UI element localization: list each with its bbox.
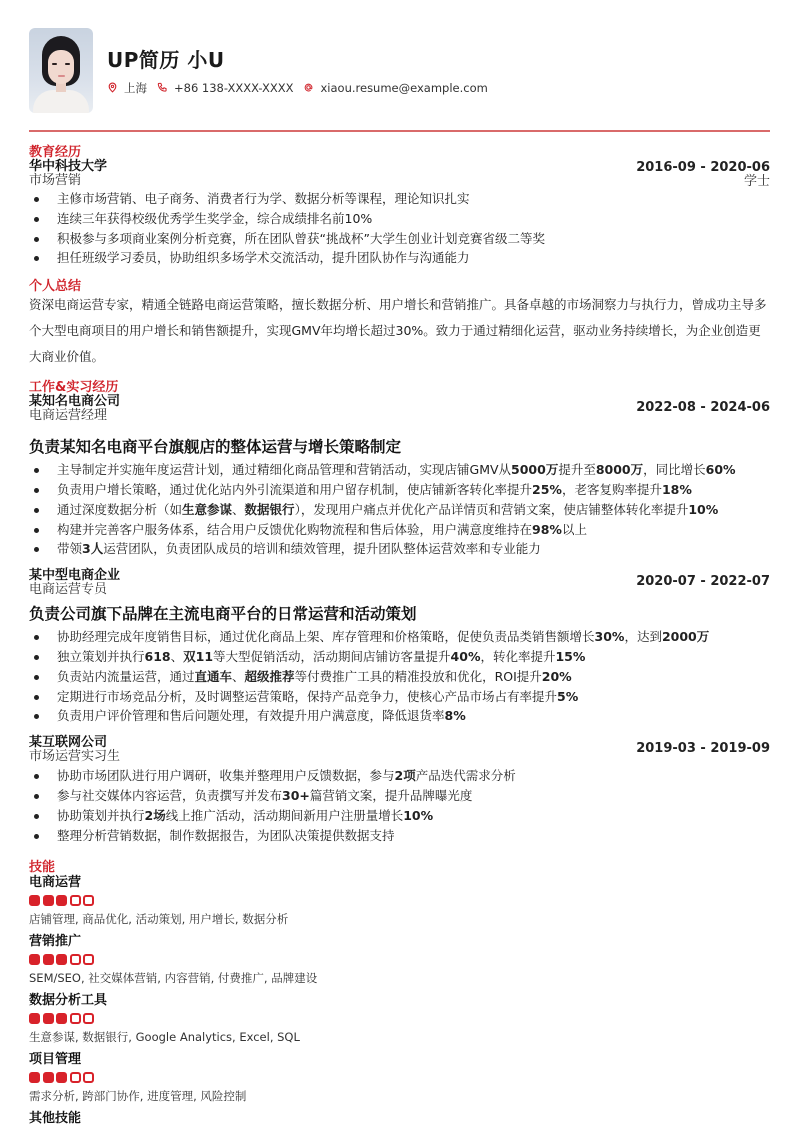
filled-dot-icon: [56, 895, 67, 906]
candidate-name: UP简历 小U: [107, 46, 498, 74]
contact-email[interactable]: xiaou.resume@example.com: [303, 81, 487, 95]
job-role: 电商运营经理: [29, 409, 120, 422]
list-item: 协助市场团队进行用户调研，收集并整理用户反馈数据，参与2项产品迭代需求分析: [29, 766, 770, 786]
list-item: 通过深度数据分析（如生意参谋、数据银行），发现用户痛点并优化产品详情页和营销文案…: [29, 500, 770, 520]
list-item: 定期进行市场竞品分析，及时调整运营策略，保持产品竞争力，使核心产品市场占有率提升…: [29, 687, 770, 707]
section-title-skills: 技能: [29, 861, 770, 875]
list-item: 独立策划并执行618、双11等大型促销活动，活动期间店铺访客量提升40%，转化率…: [29, 647, 770, 667]
filled-dot-icon: [43, 895, 54, 906]
skill-item: 电商运营店铺管理, 商品优化, 活动策划, 用户增长, 数据分析: [29, 875, 770, 926]
header-divider: [29, 130, 770, 132]
filled-dot-icon: [29, 1072, 40, 1083]
empty-dot-icon: [70, 895, 81, 906]
school-name: 华中科技大学: [29, 160, 107, 174]
education-bullets: 主修市场营销、电子商务、消费者行为学、数据分析等课程，理论知识扎实 连续三年获得…: [29, 189, 770, 268]
project-title: 负责某知名电商平台旗舰店的整体运营与增长策略制定: [29, 437, 770, 457]
filled-dot-icon: [56, 954, 67, 965]
list-item: 协助策划并执行2场线上推广活动，活动期间新用户注册量增长10%: [29, 806, 770, 826]
job-dates: 2019-03 - 2019-09: [636, 742, 770, 756]
summary-section: 个人总结 资深电商运营专家，精通全链路电商运营策略，擅长数据分析、用户增长和营销…: [29, 280, 770, 370]
filled-dot-icon: [29, 1013, 40, 1024]
contact-info: 上海 +86 138-XXXX-XXXX xiaou.resume@exampl…: [107, 80, 498, 96]
filled-dot-icon: [56, 1013, 67, 1024]
profile-photo: [29, 28, 93, 113]
skill-description: 生意参谋, 数据银行, Google Analytics, Excel, SQL: [29, 1030, 770, 1044]
skills-section: 技能 电商运营店铺管理, 商品优化, 活动策划, 用户增长, 数据分析营销推广S…: [29, 861, 770, 1126]
filled-dot-icon: [29, 895, 40, 906]
list-item: 连续三年获得校级优秀学生奖学金，综合成绩排名前10%: [29, 209, 770, 229]
resume-header: UP简历 小U 上海 +86 138-XXXX-XXXX xiaou.resum…: [29, 28, 770, 113]
list-item: 带领3人运营团队，负责团队成员的培训和绩效管理，提升团队整体运营效率和专业能力: [29, 539, 770, 559]
at-sign-icon: [303, 82, 314, 93]
empty-dot-icon: [83, 1013, 94, 1024]
section-title-education: 教育经历: [29, 146, 770, 160]
skill-description: 需求分析, 跨部门协作, 进度管理, 风险控制: [29, 1089, 770, 1103]
job-role: 电商运营专员: [29, 583, 120, 596]
major: 市场营销: [29, 174, 107, 187]
job-entry: 某互联网公司 市场运营实习生 2019-03 - 2019-09 协助市场团队进…: [29, 736, 770, 845]
filled-dot-icon: [43, 954, 54, 965]
empty-dot-icon: [70, 954, 81, 965]
summary-text: 资深电商运营专家，精通全链路电商运营策略，擅长数据分析、用户增长和营销推广。具备…: [29, 292, 770, 370]
job-entry: 某知名电商公司 电商运营经理 2022-08 - 2024-06 负责某知名电商…: [29, 395, 770, 559]
job-dates: 2022-08 - 2024-06: [636, 401, 770, 415]
skill-name: 数据分析工具: [29, 993, 770, 1008]
skill-level-rating: [29, 895, 770, 906]
skill-item: 营销推广SEM/SEO, 社交媒体营销, 内容营销, 付费推广, 品牌建设: [29, 934, 770, 985]
education-section: 教育经历 华中科技大学 市场营销 2016-09 - 2020-06 学士 主修…: [29, 146, 770, 268]
skill-name: 项目管理: [29, 1052, 770, 1067]
skill-item: 项目管理需求分析, 跨部门协作, 进度管理, 风险控制: [29, 1052, 770, 1103]
job-bullets: 主导制定并实施年度运营计划，通过精细化商品管理和营销活动，实现店铺GMV从500…: [29, 460, 770, 559]
work-section: 工作&实习经历 某知名电商公司 电商运营经理 2022-08 - 2024-06…: [29, 381, 770, 845]
empty-dot-icon: [70, 1013, 81, 1024]
project-title: 负责公司旗下品牌在主流电商平台的日常运营和活动策划: [29, 604, 770, 624]
degree: 学士: [636, 175, 770, 188]
skill-item: 其他技能: [29, 1111, 770, 1126]
job-dates: 2020-07 - 2022-07: [636, 575, 770, 589]
contact-phone: +86 138-XXXX-XXXX: [157, 81, 293, 95]
skill-level-rating: [29, 1013, 770, 1024]
list-item: 负责用户增长策略，通过优化站内外引流渠道和用户留存机制，使店铺新客转化率提升25…: [29, 480, 770, 500]
filled-dot-icon: [29, 954, 40, 965]
education-dates: 2016-09 - 2020-06: [636, 161, 770, 175]
list-item: 负责站内流量运营，通过直通车、超级推荐等付费推广工具的精准投放和优化，ROI提升…: [29, 667, 770, 687]
resume-page: UP简历 小U 上海 +86 138-XXXX-XXXX xiaou.resum…: [29, 28, 770, 1130]
empty-dot-icon: [83, 895, 94, 906]
skill-name: 营销推广: [29, 934, 770, 949]
list-item: 负责用户评价管理和售后问题处理，有效提升用户满意度，降低退货率8%: [29, 706, 770, 726]
list-item: 主修市场营销、电子商务、消费者行为学、数据分析等课程，理论知识扎实: [29, 189, 770, 209]
list-item: 主导制定并实施年度运营计划，通过精细化商品管理和营销活动，实现店铺GMV从500…: [29, 460, 770, 480]
list-item: 构建并完善客户服务体系，结合用户反馈优化购物流程和售后体验，用户满意度维持在98…: [29, 520, 770, 540]
empty-dot-icon: [70, 1072, 81, 1083]
empty-dot-icon: [83, 954, 94, 965]
skills-list: 电商运营店铺管理, 商品优化, 活动策划, 用户增长, 数据分析营销推广SEM/…: [29, 875, 770, 1126]
list-item: 整理分析营销数据，制作数据报告，为团队决策提供数据支持: [29, 826, 770, 846]
empty-dot-icon: [83, 1072, 94, 1083]
skill-level-rating: [29, 954, 770, 965]
skill-item: 数据分析工具生意参谋, 数据银行, Google Analytics, Exce…: [29, 993, 770, 1044]
section-title-work: 工作&实习经历: [29, 381, 770, 395]
phone-icon: [157, 82, 168, 93]
list-item: 协助经理完成年度销售目标，通过优化商品上架、库存管理和价格策略，促使负责品类销售…: [29, 627, 770, 647]
contact-location: 上海: [107, 80, 147, 96]
skill-level-rating: [29, 1072, 770, 1083]
filled-dot-icon: [43, 1013, 54, 1024]
job-entry: 某中型电商企业 电商运营专员 2020-07 - 2022-07 负责公司旗下品…: [29, 569, 770, 726]
job-bullets: 协助市场团队进行用户调研，收集并整理用户反馈数据，参与2项产品迭代需求分析参与社…: [29, 766, 770, 845]
list-item: 参与社交媒体内容运营，负责撰写并发布30+篇营销文案，提升品牌曝光度: [29, 786, 770, 806]
skill-description: SEM/SEO, 社交媒体营销, 内容营销, 付费推广, 品牌建设: [29, 971, 770, 985]
job-bullets: 协助经理完成年度销售目标，通过优化商品上架、库存管理和价格策略，促使负责品类销售…: [29, 627, 770, 726]
skill-description: 店铺管理, 商品优化, 活动策划, 用户增长, 数据分析: [29, 912, 770, 926]
filled-dot-icon: [56, 1072, 67, 1083]
map-pin-icon: [107, 82, 118, 93]
list-item: 积极参与多项商业案例分析竞赛，所在团队曾获“挑战杯”大学生创业计划竞赛省级二等奖: [29, 229, 770, 249]
skill-name: 电商运营: [29, 875, 770, 890]
skill-name: 其他技能: [29, 1111, 770, 1126]
job-role: 市场运营实习生: [29, 750, 120, 763]
filled-dot-icon: [43, 1072, 54, 1083]
list-item: 担任班级学习委员，协助组织多场学术交流活动，提升团队协作与沟通能力: [29, 248, 770, 268]
